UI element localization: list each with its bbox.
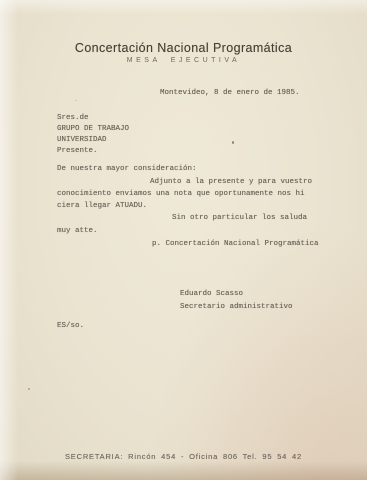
recipient-line: Presente.	[57, 147, 98, 156]
scan-speck	[232, 141, 234, 144]
salutation-line: De nuestra mayor consideración:	[57, 165, 197, 174]
recipient-line: GRUPO DE TRABAJO	[57, 125, 129, 134]
letterhead-division: MESA EJECUTIVA	[0, 57, 367, 64]
signature-name: Eduardo Scasso	[180, 290, 243, 299]
reference-initials: ES/so.	[57, 322, 84, 331]
body-paragraph-line: ciera llegar ATUADU.	[57, 202, 147, 211]
date-line: Montevideo, 8 de enero de 1985.	[160, 89, 300, 98]
on-behalf-of-line: p. Concertación Nacional Programática	[152, 240, 319, 249]
scan-speck	[28, 388, 30, 390]
signature-title: Secretario administrativo	[180, 303, 293, 312]
recipient-line: UNIVERSIDAD	[57, 136, 107, 145]
recipient-line: Sres.de	[57, 114, 89, 123]
body-paragraph-line: conocimiento enviamos una nota que oport…	[57, 190, 305, 199]
footer-address-line: SECRETARIA: Rincón 454 - Oficina 806 Tel…	[0, 452, 367, 461]
closing-line: Sin otro particular los saluda	[172, 214, 307, 223]
body-paragraph-line: Adjunto a la presente y para vuestro	[150, 178, 312, 187]
closing-line: muy atte.	[57, 227, 98, 236]
letterhead-org-name: Concertación Nacional Programática	[0, 41, 367, 55]
scanned-letter-page: Concertación Nacional Programática MESA …	[0, 0, 367, 480]
scan-speck	[75, 100, 77, 101]
